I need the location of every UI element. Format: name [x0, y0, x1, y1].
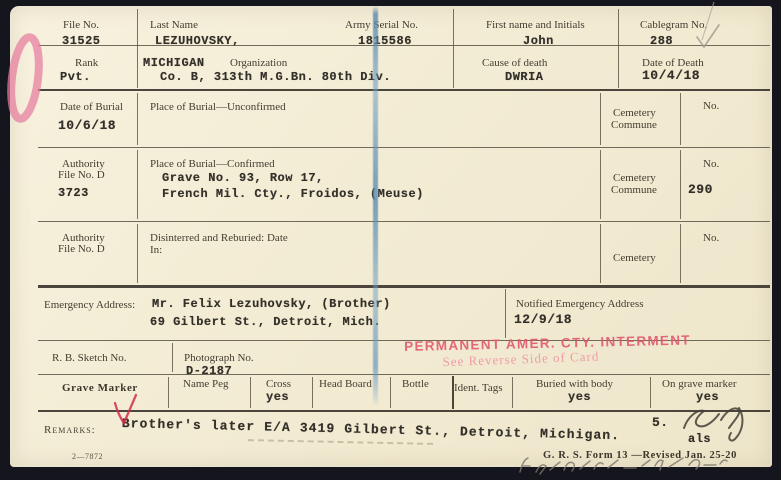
grid-line-v1 — [137, 9, 138, 88]
emergency-address-label: Emergency Address: — [44, 299, 135, 311]
emergency-address-line1: Mr. Felix Lezuhovsky, (Brother) — [152, 297, 391, 311]
cell-ident-tags-label: Ident. Tags — [454, 382, 503, 394]
cemetery-commune-label-2b: Commune — [611, 184, 657, 196]
no-label-3: No. — [703, 232, 719, 244]
disinterred-in-label: In: — [150, 244, 162, 256]
place-unconfirmed-label: Place of Burial—Unconfirmed — [150, 101, 286, 113]
grid-line-h5 — [38, 285, 770, 288]
grid-line-v17 — [312, 377, 313, 408]
cell-cross-label: Cross — [266, 378, 291, 390]
cell-bottle-label: Bottle — [402, 378, 429, 390]
grid-line-v7 — [137, 150, 138, 219]
cell-name-peg-label: Name Peg — [183, 378, 229, 390]
cell-head-board-label: Head Board — [319, 378, 372, 390]
red-check-mark — [110, 392, 142, 430]
grid-line-v4 — [137, 93, 138, 145]
last-name-label: Last Name — [150, 19, 198, 31]
grid-line-h7 — [38, 374, 770, 375]
remarks-number: 5. — [652, 415, 669, 430]
grid-line-v11 — [600, 224, 601, 283]
grid-line-v16 — [250, 377, 251, 408]
disinterred-label: Disinterred and Reburied: Date — [150, 232, 288, 244]
date-of-death-value: 10/4/18 — [642, 68, 700, 83]
cell-cross-value: yes — [266, 390, 289, 404]
emergency-address-line2: 69 Gilbert St., Detroit, Mich. — [150, 315, 381, 329]
place-confirmed-label: Place of Burial—Confirmed — [150, 158, 275, 170]
cell-buried-label: Buried with body — [536, 378, 613, 390]
grid-line-v2 — [453, 9, 454, 88]
rank-value: Pvt. — [60, 70, 91, 84]
authority-label-2b: File No. D — [58, 243, 105, 255]
cause-of-death-label: Cause of death — [482, 57, 547, 69]
date-of-burial-value: 10/6/18 — [58, 118, 116, 133]
no-label-1: No. — [703, 100, 719, 112]
cause-of-death-value: DWRIA — [505, 70, 544, 84]
grid-line-h8 — [38, 410, 770, 412]
authority-label-1b: File No. D — [58, 169, 105, 181]
grid-line-v20 — [512, 377, 513, 408]
notified-value: 12/9/18 — [514, 312, 572, 327]
serial-label: Army Serial No. — [345, 19, 418, 31]
organization-value: Co. B, 313th M.G.Bn. 80th Div. — [160, 70, 391, 84]
handwritten-scrawl — [516, 456, 731, 478]
grid-line-v8 — [600, 150, 601, 219]
photograph-no-value: D-2187 — [186, 364, 232, 378]
grid-line-h1 — [38, 45, 770, 46]
sketch-no-label: R. B. Sketch No. — [52, 352, 127, 364]
rank-label: Rank — [75, 57, 98, 69]
grid-line-h4 — [38, 221, 770, 222]
stock-number: 2—7872 — [72, 452, 103, 461]
no-label-2: No. — [703, 158, 719, 170]
grid-line-v21 — [650, 377, 651, 408]
grid-line-v3 — [618, 9, 619, 88]
pencil-check-mark — [688, 0, 733, 55]
cemetery-commune-label-1: Cemetery — [613, 107, 656, 119]
grid-line-v5 — [600, 93, 601, 145]
grid-line-v6 — [680, 93, 681, 145]
cell-buried-value: yes — [568, 390, 591, 404]
scanned-burial-card-page: File No. 31525 Last Name LEZUHOVSKY, Arm… — [0, 0, 781, 480]
cemetery-commune-label-1b: Commune — [611, 119, 657, 131]
grid-line-v14 — [172, 343, 173, 372]
handwritten-zero-mark — [2, 30, 54, 130]
remarks-label: Remarks: — [44, 424, 96, 436]
place-confirmed-line1: Grave No. 93, Row 17, — [162, 171, 324, 185]
state-value: MICHIGAN — [143, 56, 205, 70]
organization-label: Organization — [230, 57, 287, 69]
blue-crayon-line — [373, 6, 378, 406]
grid-line-v15 — [168, 377, 169, 408]
file-no-label: File No. — [63, 19, 99, 31]
grid-line-v12 — [680, 224, 681, 283]
cell-on-grave-label: On grave marker — [662, 378, 737, 390]
cemetery-no-value: 290 — [688, 182, 713, 197]
first-name-label: First name and Initials — [486, 19, 585, 31]
grid-line-v18 — [390, 377, 391, 408]
grid-line-v9 — [680, 150, 681, 219]
place-confirmed-line2: French Mil. Cty., Froidos, (Meuse) — [162, 187, 424, 201]
cemetery-label-3: Cemetery — [613, 252, 656, 264]
grid-line-v10 — [137, 224, 138, 283]
grid-line-h3 — [38, 147, 770, 148]
grid-line-h2 — [38, 89, 770, 91]
authority-file-value: 3723 — [58, 186, 89, 200]
photograph-no-label: Photograph No. — [184, 352, 254, 364]
notified-label: Notified Emergency Address — [516, 298, 644, 310]
handwritten-signature — [672, 398, 764, 444]
grid-line-v13 — [505, 289, 506, 338]
cemetery-commune-label-2: Cemetery — [613, 172, 656, 184]
date-of-burial-label: Date of Burial — [60, 101, 123, 113]
